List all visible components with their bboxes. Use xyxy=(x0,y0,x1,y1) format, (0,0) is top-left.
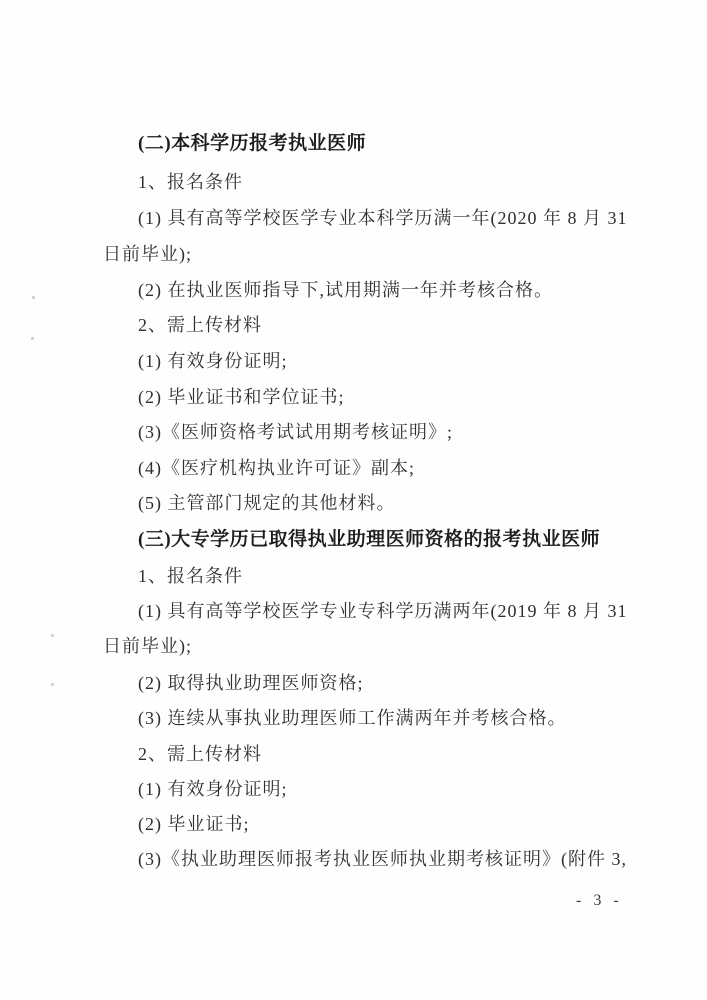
section-3-material-item: (2) 毕业证书; xyxy=(138,811,250,837)
section-2-material-item: (5) 主管部门规定的其他材料。 xyxy=(138,490,396,516)
scan-speck xyxy=(31,337,34,340)
scan-speck xyxy=(51,683,54,686)
section-3-condition-2: (2) 取得执业助理医师资格; xyxy=(138,670,364,696)
section-3-enroll-title: 1、报名条件 xyxy=(138,563,243,589)
section-3-material-item: (1) 有效身份证明; xyxy=(138,776,288,802)
section-3-condition-3: (3) 连续从事执业助理医师工作满两年并考核合格。 xyxy=(138,705,567,731)
section-2-condition-1-line-2: 日前毕业); xyxy=(103,241,192,267)
section-2-materials-title: 2、需上传材料 xyxy=(138,312,262,338)
section-2-heading: (二)本科学历报考执业医师 xyxy=(138,131,366,157)
section-3-heading: (三)大专学历已取得执业助理医师资格的报考执业医师 xyxy=(138,527,600,553)
scan-speck xyxy=(51,634,54,637)
section-2-material-item: (3)《医师资格考试试用期考核证明》; xyxy=(138,419,453,445)
section-3-condition-1-line-2: 日前毕业); xyxy=(103,633,192,659)
document-page: (二)本科学历报考执业医师 1、报名条件 (1) 具有高等学校医学专业本科学历满… xyxy=(0,0,707,1000)
section-2-enroll-title: 1、报名条件 xyxy=(138,169,243,195)
section-2-material-item: (1) 有效身份证明; xyxy=(138,348,288,374)
scan-speck xyxy=(32,296,35,299)
section-2-condition-1-line-1: (1) 具有高等学校医学专业本科学历满一年(2020 年 8 月 31 xyxy=(138,205,627,231)
section-3-material-item: (3)《执业助理医师报考执业医师执业期考核证明》(附件 3, xyxy=(138,846,627,872)
section-3-materials-title: 2、需上传材料 xyxy=(138,741,262,767)
section-2-condition-2: (2) 在执业医师指导下,试用期满一年并考核合格。 xyxy=(138,277,553,303)
section-3-condition-1-line-1: (1) 具有高等学校医学专业专科学历满两年(2019 年 8 月 31 xyxy=(138,598,627,624)
section-2-material-item: (4)《医疗机构执业许可证》副本; xyxy=(138,455,415,481)
section-2-material-item: (2) 毕业证书和学位证书; xyxy=(138,384,345,410)
page-number: - 3 - xyxy=(576,892,623,910)
